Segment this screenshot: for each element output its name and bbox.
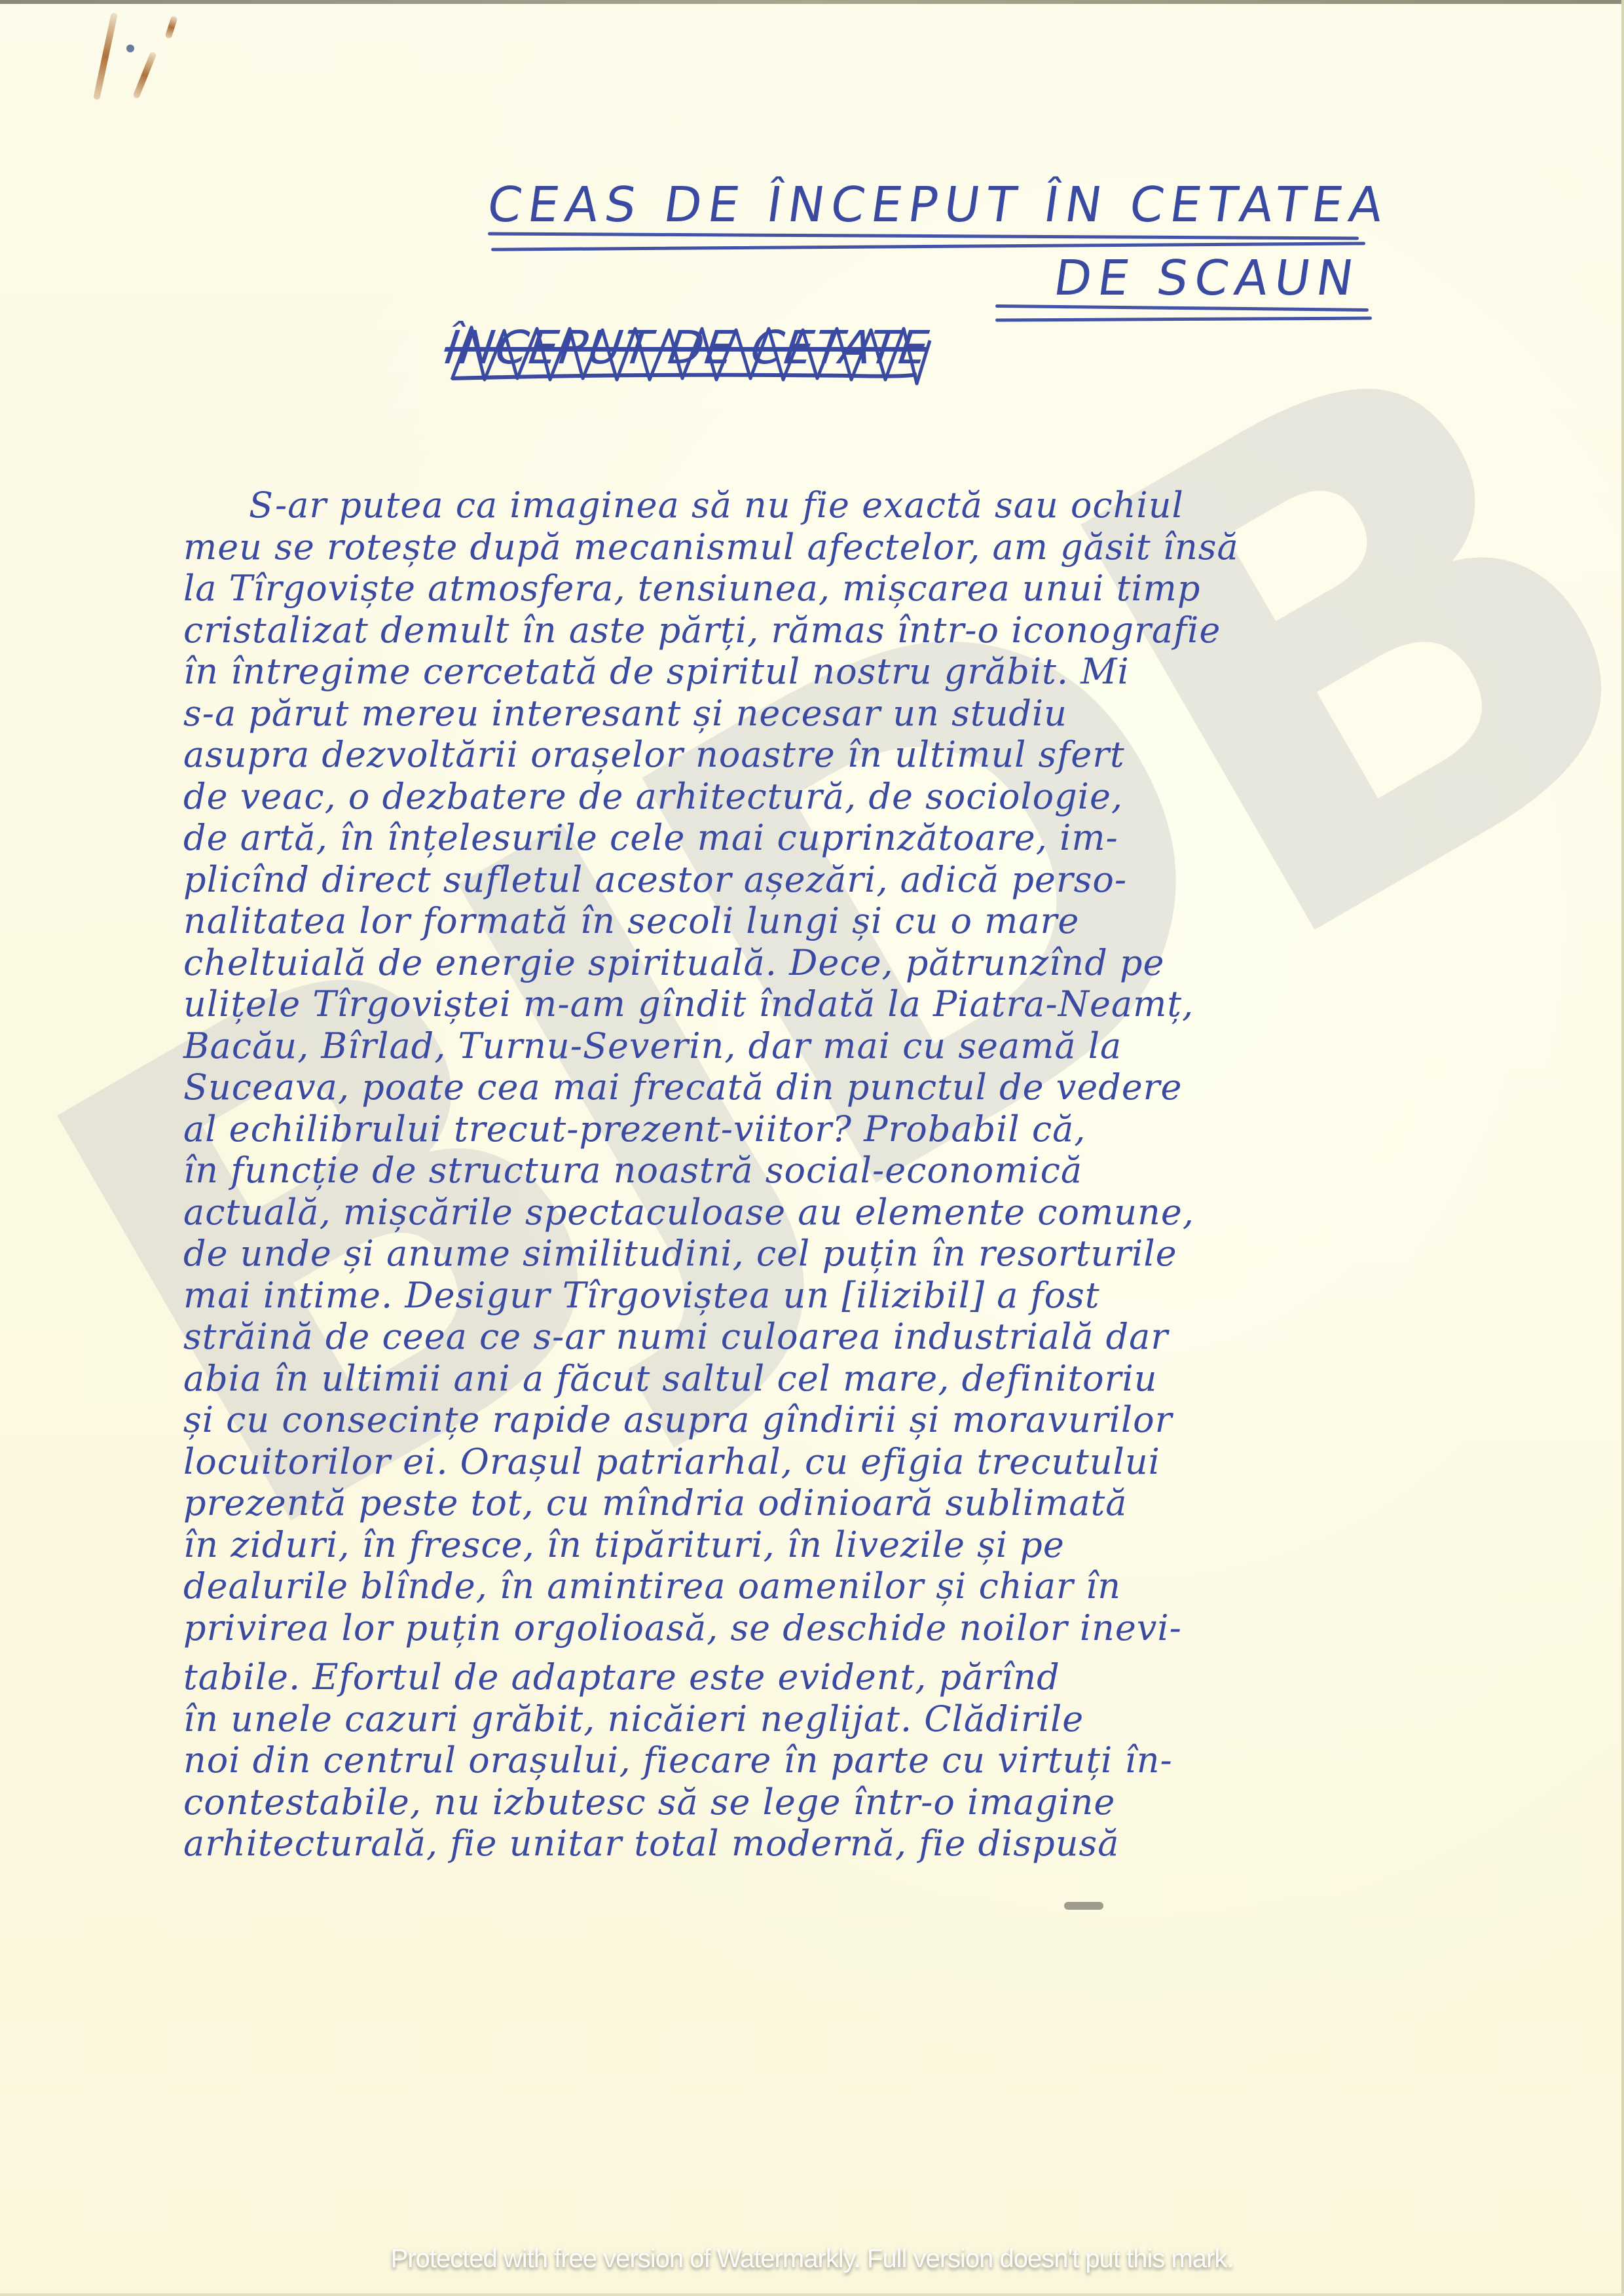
paper-right-edge: [1621, 0, 1624, 2296]
manuscript-line: arhitecturală, fie unitar total modernă,…: [183, 1823, 1493, 1865]
manuscript-line: nalitatea lor formată în secoli lungi și…: [183, 900, 1493, 942]
manuscript-line: în întregime cercetată de spiritul nostr…: [183, 651, 1493, 693]
manuscript-line: meu se rotește după mecanismul afectelor…: [183, 526, 1493, 568]
rust-stain: [132, 51, 157, 99]
manuscript-line: privirea lor puțin orgolioasă, se deschi…: [183, 1607, 1493, 1649]
manuscript-line: Suceava, poate cea mai frecată din punct…: [183, 1066, 1493, 1108]
manuscript-line: al echilibrului trecut-prezent-viitor? P…: [183, 1108, 1493, 1150]
manuscript-line: mai intime. Desigur Tîrgoviștea un [iliz…: [183, 1275, 1493, 1317]
manuscript-line: ulițele Tîrgoviștei m-am gîndit îndată l…: [183, 983, 1493, 1025]
manuscript-line: dealurile blînde, în amintirea oamenilor…: [183, 1565, 1493, 1607]
paper-bottom-edge: [0, 2293, 1624, 2296]
rust-stain: [93, 12, 118, 100]
strikethrough-scribble-icon: [445, 321, 982, 386]
manuscript-line: actuală, mișcările spectaculoase au elem…: [183, 1192, 1493, 1233]
document-title-line-1: CEAS DE ÎNCEPUT ÎN CETATEA: [484, 177, 1393, 233]
rust-stain: [164, 15, 177, 39]
manuscript-line: și cu consecințe rapide asupra gîndirii …: [183, 1399, 1493, 1441]
manuscript-line: tabile. Efortul de adaptare este evident…: [183, 1656, 1493, 1698]
title-underline: [488, 232, 1359, 240]
manuscript-line: noi din centrul orașului, fiecare în par…: [183, 1740, 1493, 1781]
manuscript-line: locuitorilor ei. Orașul patriarhal, cu e…: [183, 1441, 1493, 1483]
manuscript-line: cristalizat demult în aste părți, rămas …: [183, 610, 1493, 651]
paper-top-edge: [0, 0, 1624, 4]
manuscript-line: de artă, în înțelesurile cele mai cuprin…: [183, 817, 1493, 859]
manuscript-line: de unde și anume similitudini, cel puțin…: [183, 1233, 1493, 1275]
manuscript-line: asupra dezvoltării orașelor noastre în u…: [183, 734, 1493, 776]
struck-out-heading: ÎNCEPUT DE CETATE: [445, 321, 982, 386]
manuscript-line: în unele cazuri grăbit, nicăieri neglija…: [183, 1698, 1493, 1740]
manuscript-body: S-ar putea ca imaginea să nu fie exactă …: [183, 484, 1493, 1865]
manuscript-line: Bacău, Bîrlad, Turnu-Severin, dar mai cu…: [183, 1025, 1493, 1067]
watermark-notice: Protected with free version of Watermark…: [0, 2244, 1624, 2274]
manuscript-line: de veac, o dezbatere de arhitectură, de …: [183, 776, 1493, 818]
manuscript-line: S-ar putea ca imaginea să nu fie exactă …: [183, 484, 1493, 526]
manuscript-line: în ziduri, în fresce, în tipărituri, în …: [183, 1524, 1493, 1566]
manuscript-line: plicînd direct sufletul acestor așezări,…: [183, 859, 1493, 901]
document-title-line-2: DE SCAUN: [1050, 250, 1363, 306]
manuscript-line: străină de ceea ce s-ar numi culoarea in…: [183, 1316, 1493, 1358]
title-underline: [995, 316, 1372, 321]
ink-spot: [126, 45, 134, 52]
manuscript-line: la Tîrgoviște atmosfera, tensiunea, mișc…: [183, 568, 1493, 610]
manuscript-line: s-a părut mereu interesant și necesar un…: [183, 693, 1493, 735]
manuscript-page: BJDB CEAS DE ÎNCEPUT ÎN CETATEA DE SCAUN…: [0, 0, 1624, 2296]
pencil-underline-mark: [1064, 1902, 1103, 1910]
manuscript-line: contestabile, nu izbutesc să se lege înt…: [183, 1781, 1493, 1823]
manuscript-line: prezentă peste tot, cu mîndria odinioară…: [183, 1482, 1493, 1524]
manuscript-line: cheltuială de energie spirituală. Dece, …: [183, 942, 1493, 984]
manuscript-line: abia în ultimii ani a făcut saltul cel m…: [183, 1358, 1493, 1400]
manuscript-line: în funcție de structura noastră social-e…: [183, 1150, 1493, 1192]
